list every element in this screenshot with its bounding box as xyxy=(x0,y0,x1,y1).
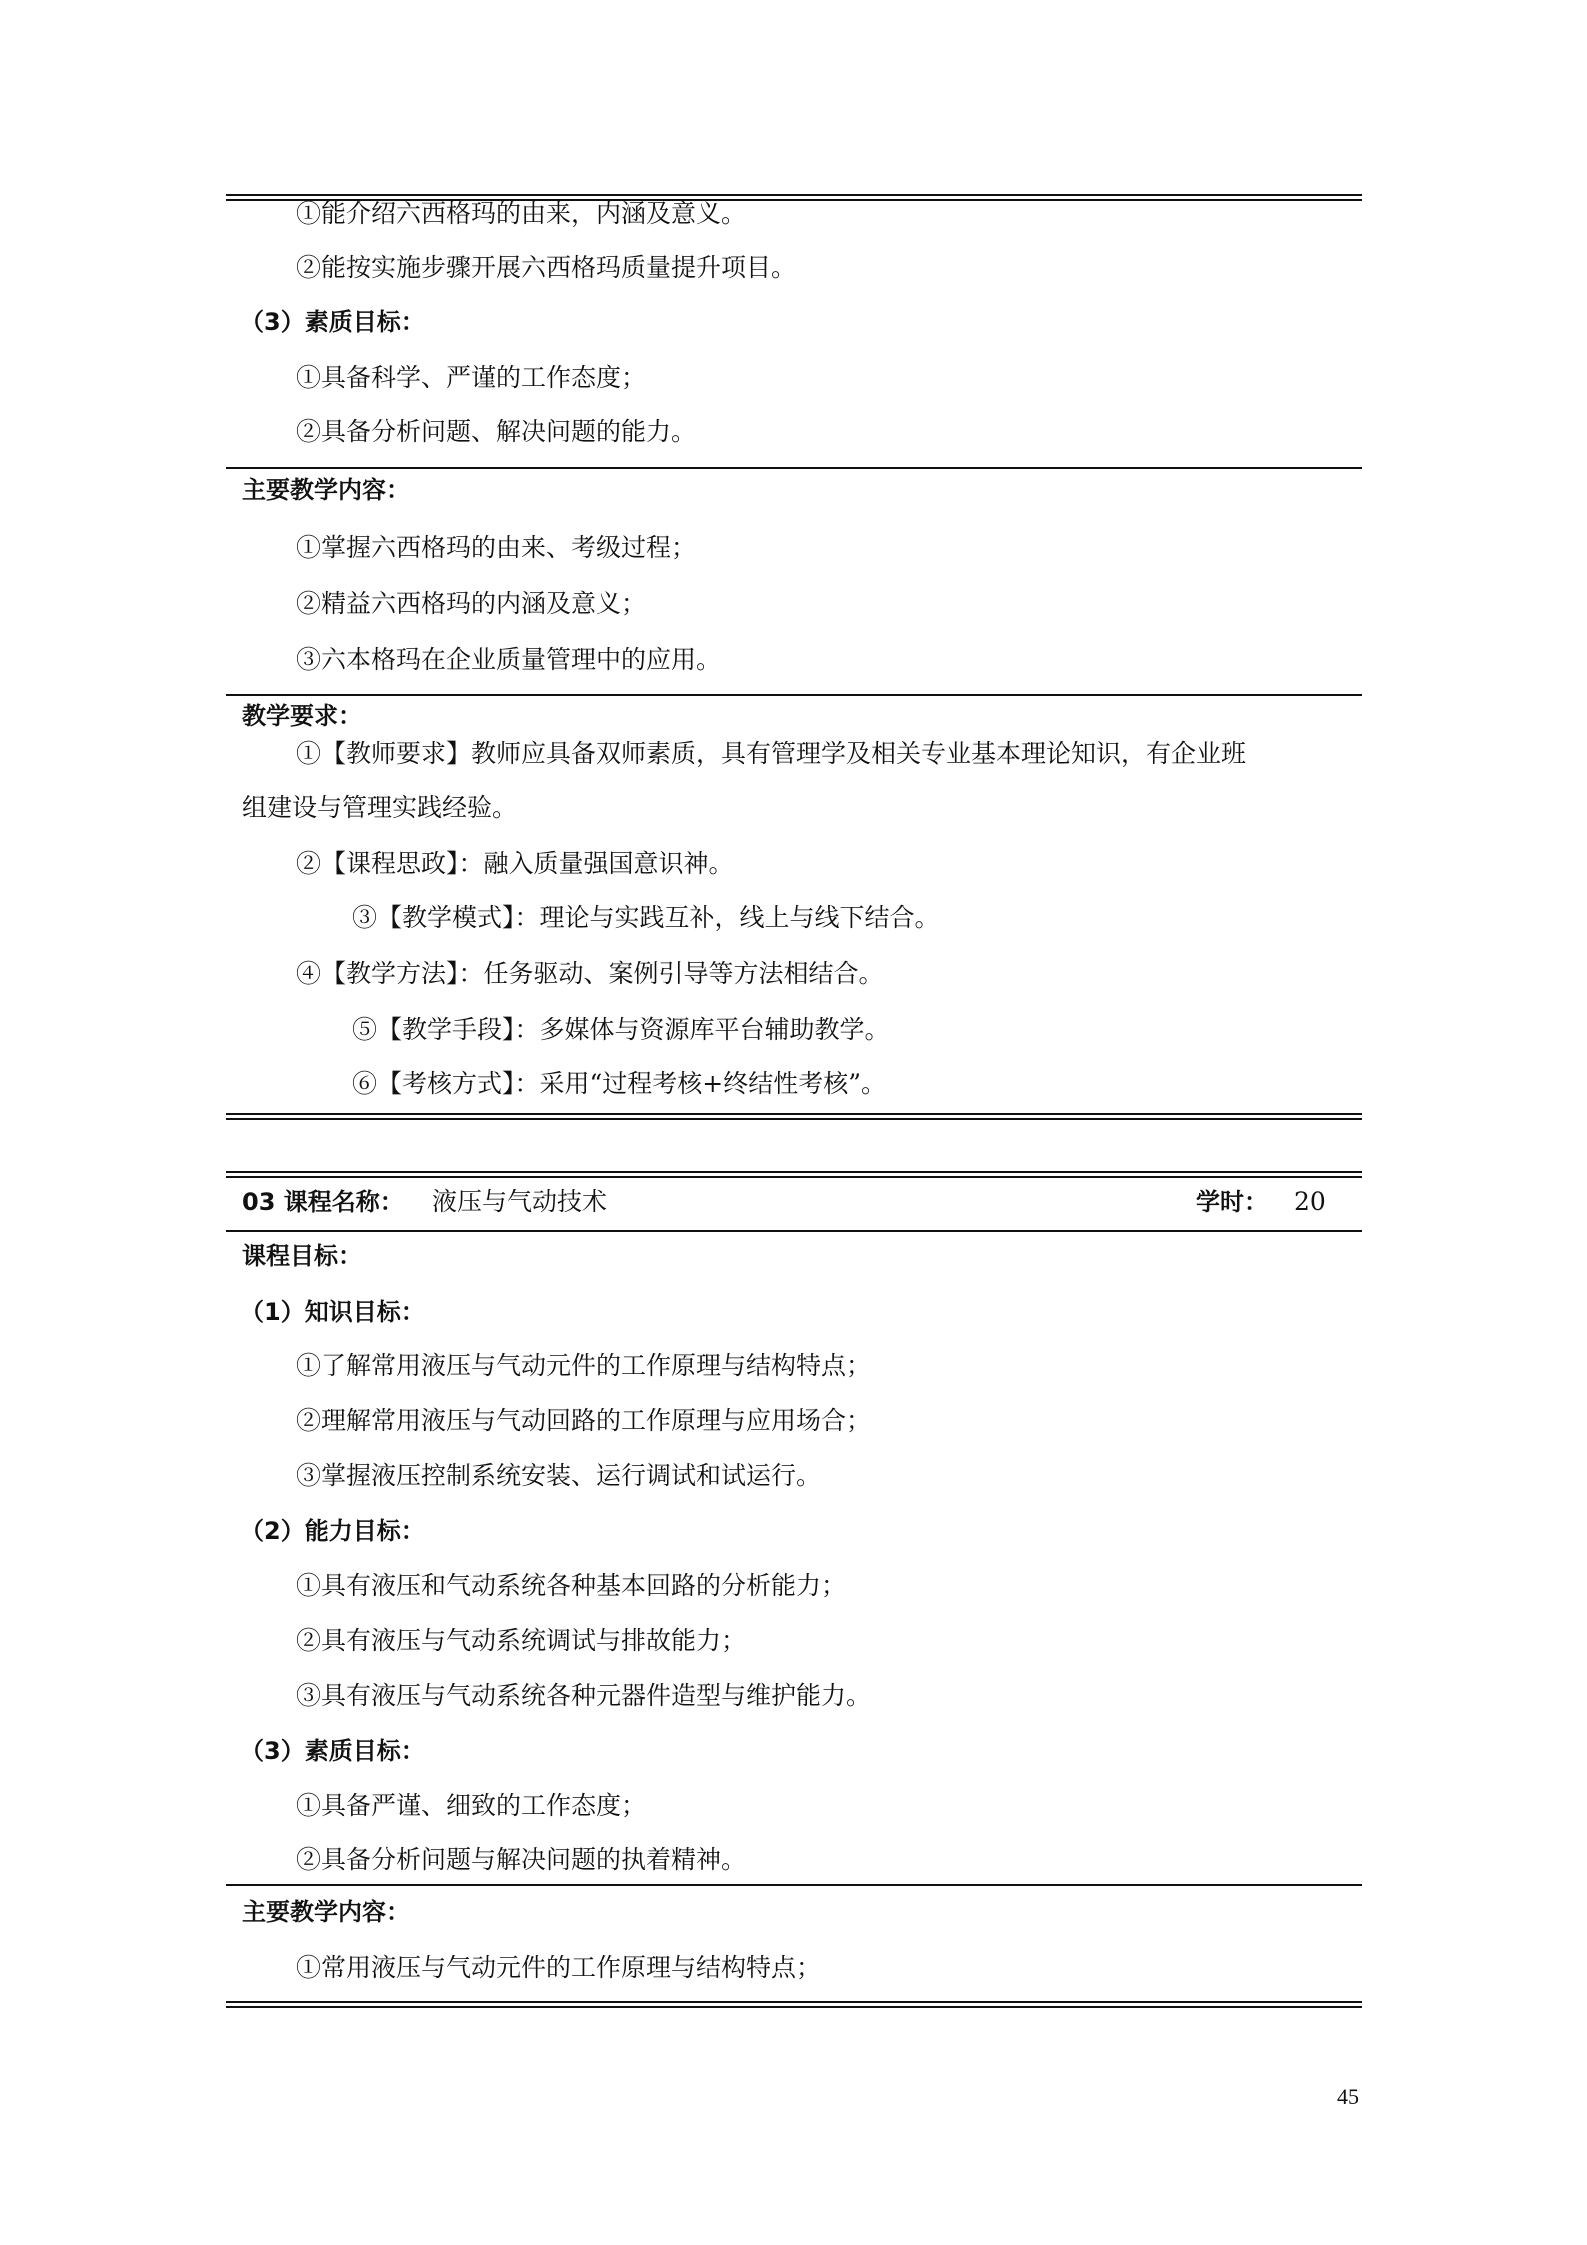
requirement-mode: ③【教学模式】：理论与实践互补，线上与线下结合。 xyxy=(352,903,940,933)
row-divider xyxy=(226,467,1362,469)
requirement-method: ④【教学方法】：任务驱动、案例引导等方法相结合。 xyxy=(296,959,884,989)
quality-item: ②具备分析问题与解决问题的执着精神。 xyxy=(296,1845,746,1875)
goals-heading: 课程目标： xyxy=(242,1241,362,1271)
requirement-ideology: ②【课程思政】：融入质量强国意识神。 xyxy=(296,849,734,879)
content-item: ①常用液压与气动元件的工作原理与结构特点； xyxy=(296,1953,821,1983)
ability-item: ①具有液压和气动系统各种基本回路的分析能力； xyxy=(296,1571,846,1601)
requirements-heading: 教学要求： xyxy=(242,701,362,731)
content-item: ③六本格玛在企业质量管理中的应用。 xyxy=(296,645,721,675)
ability-item: ②能按实施步骤开展六西格玛质量提升项目。 xyxy=(296,253,796,283)
knowledge-item: ③掌握液压控制系统安装、运行调试和试运行。 xyxy=(296,1461,821,1491)
quality-item: ②具备分析问题、解决问题的能力。 xyxy=(296,417,696,447)
quality-heading: （3）素质目标： xyxy=(240,307,425,337)
course-hours-value: 20 xyxy=(1294,1187,1326,1217)
knowledge-item: ①了解常用液压与气动元件的工作原理与结构特点； xyxy=(296,1351,871,1381)
row-divider xyxy=(226,694,1362,696)
requirement-assessment: ⑥【考核方式】：采用“过程考核+终结性考核”。 xyxy=(352,1069,886,1099)
quality-heading: （3）素质目标： xyxy=(240,1736,425,1766)
table-bottom-border xyxy=(226,1113,1362,1120)
ability-item: ①能介绍六西格玛的由来，内涵及意义。 xyxy=(296,199,746,229)
quality-item: ①具备严谨、细致的工作态度； xyxy=(296,1791,646,1821)
course-name-label: 03 课程名称： xyxy=(242,1187,404,1217)
content-heading: 主要教学内容： xyxy=(242,1897,410,1927)
page-number: 45 xyxy=(1337,2084,1359,2110)
requirement-means: ⑤【教学手段】：多媒体与资源库平台辅助教学。 xyxy=(352,1015,890,1045)
table-bottom-border xyxy=(226,2001,1362,2008)
quality-item: ①具备科学、严谨的工作态度； xyxy=(296,363,646,393)
row-divider xyxy=(226,1884,1362,1886)
row-divider xyxy=(226,1230,1362,1232)
requirement-teacher-cont: 组建设与管理实践经验。 xyxy=(242,793,517,823)
course-name-value: 液压与气动技术 xyxy=(432,1187,607,1217)
table-top-border xyxy=(226,1171,1362,1178)
knowledge-item: ②理解常用液压与气动回路的工作原理与应用场合； xyxy=(296,1406,871,1436)
content-item: ①掌握六西格玛的由来、考级过程； xyxy=(296,533,696,563)
requirement-teacher: ①【教师要求】教师应具备双师素质，具有管理学及相关专业基本理论知识，有企业班 xyxy=(296,739,1246,769)
ability-heading: （2）能力目标： xyxy=(240,1516,425,1546)
ability-item: ②具有液压与气动系统调试与排故能力； xyxy=(296,1626,746,1656)
content-heading: 主要教学内容： xyxy=(242,475,410,505)
ability-item: ③具有液压与气动系统各种元器件造型与维护能力。 xyxy=(296,1681,871,1711)
course-hours-label: 学时： xyxy=(1196,1187,1268,1217)
content-item: ②精益六西格玛的内涵及意义； xyxy=(296,589,646,619)
knowledge-heading: （1）知识目标： xyxy=(240,1297,425,1327)
